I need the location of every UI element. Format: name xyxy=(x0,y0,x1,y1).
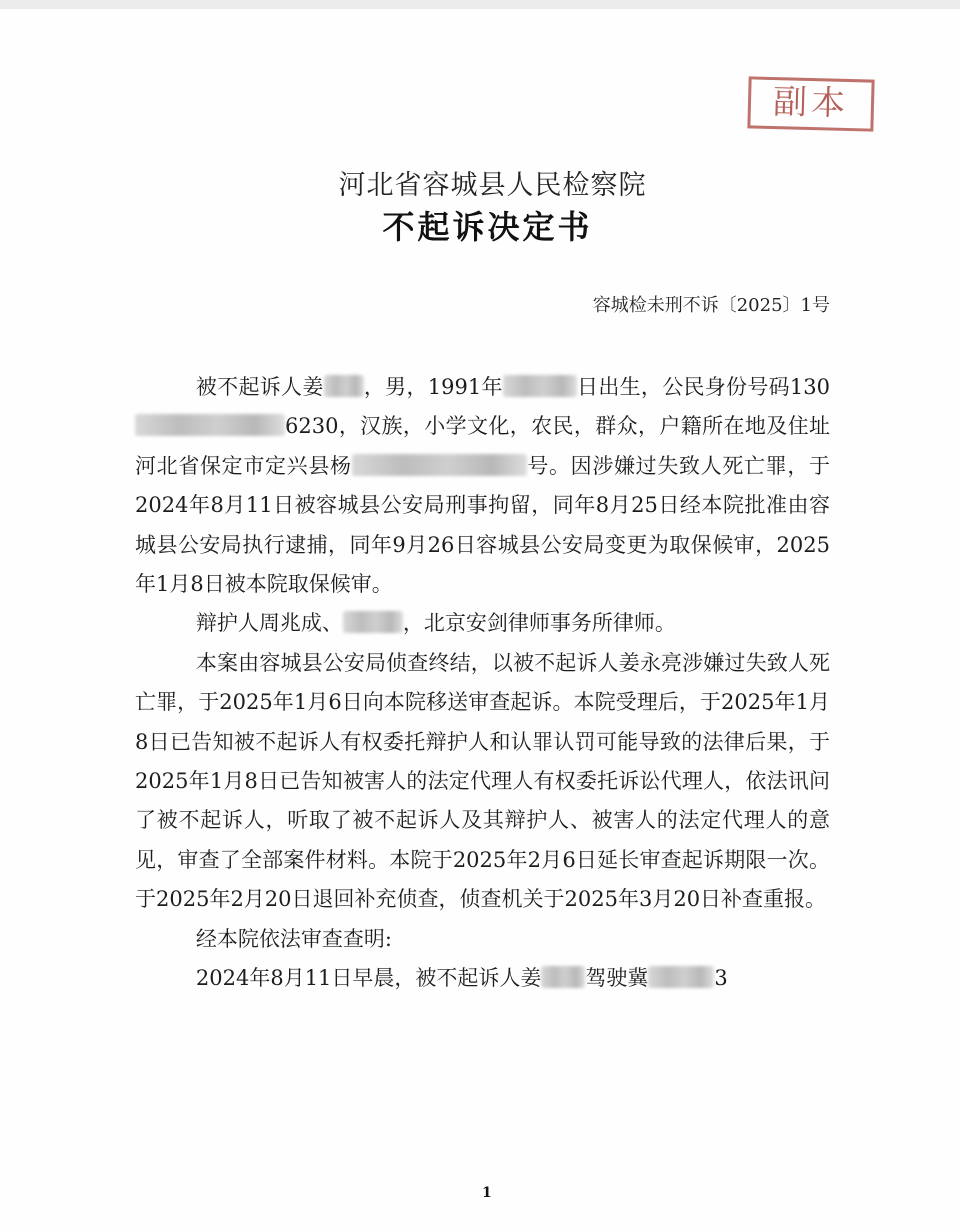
copy-stamp: 副本 xyxy=(747,76,874,131)
text-segment: 被不起诉人姜 xyxy=(196,375,324,399)
paragraph-defendant-info: 被不起诉人姜，男，1991年日出生，公民身份号码1306230，汉族，小学文化，… xyxy=(135,368,830,604)
text-segment: ，男，1991年 xyxy=(364,375,503,399)
text-segment: ，北京安剑律师事务所律师。 xyxy=(403,611,676,635)
paragraph-findings-heading: 经本院依法审查查明: xyxy=(135,920,830,959)
redacted-name xyxy=(324,375,364,397)
paragraph-facts: 2024年8月11日早晨，被不起诉人姜驾驶冀3 xyxy=(135,959,830,998)
redacted-address xyxy=(352,454,527,476)
organization-title: 河北省容城县人民检察院 xyxy=(0,168,960,204)
redacted-name xyxy=(541,966,585,988)
document-title: 不起诉决定书 xyxy=(0,205,960,249)
paragraph-case-procedure: 本案由容城县公安局侦查终结，以被不起诉人姜永亮涉嫌过失致人死亡罪，于2025年1… xyxy=(135,644,830,920)
paragraph-defense-counsel: 辩护人周兆成、，北京安剑律师事务所律师。 xyxy=(135,604,830,643)
redacted-birthdate xyxy=(503,375,577,397)
text-segment: 2024年8月11日早晨，被不起诉人姜 xyxy=(196,966,542,990)
page-number: 1 xyxy=(482,1185,492,1201)
text-segment: 驾驶冀 xyxy=(585,966,648,990)
redacted-counsel-name xyxy=(343,611,403,633)
text-segment: 辩护人周兆成、 xyxy=(196,611,343,635)
text-segment: 3 xyxy=(714,966,727,990)
redacted-plate-number xyxy=(648,966,714,988)
text-segment: 日出生，公民身份号码130 xyxy=(577,375,830,399)
redacted-id-number xyxy=(135,414,285,436)
top-margin-strip xyxy=(0,0,960,9)
document-number: 容城检未刑不诉〔2025〕1号 xyxy=(593,292,830,320)
document-body: 被不起诉人姜，男，1991年日出生，公民身份号码1306230，汉族，小学文化，… xyxy=(135,368,830,999)
